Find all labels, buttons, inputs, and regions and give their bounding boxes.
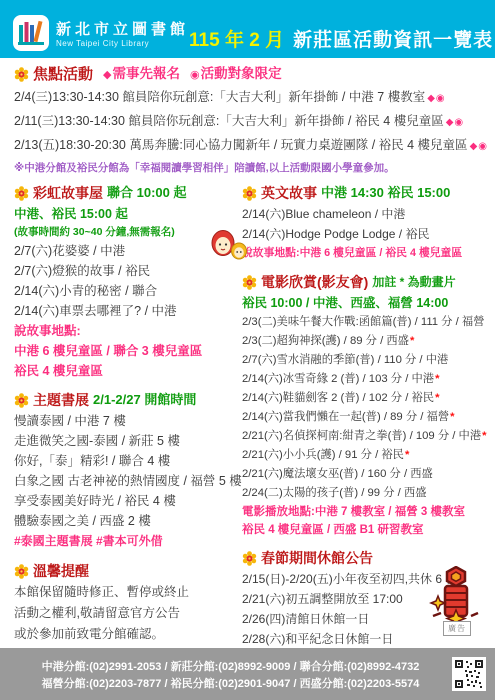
logo-subtitle: New Taipei City Library	[56, 39, 189, 48]
reminder-row: 或於參加前致電分館確認。	[14, 624, 242, 645]
flower-icon	[14, 393, 29, 408]
section-english-story: 英文故事 中港 14:30 裕民 15:00 2/14(六)Blue chame…	[242, 182, 483, 263]
animation-star-icon: *	[405, 449, 409, 461]
movie-text: 2/14(六)鞋貓劍客 2 (普) / 102 分 / 裕民	[242, 392, 434, 404]
movie-row: 2/7(六)雪水消融的季節(普) / 110 分 / 中港	[242, 351, 483, 370]
movie-row: 2/14(六)鞋貓劍客 2 (普) / 102 分 / 裕民*	[242, 389, 483, 408]
animation-star-icon: *	[410, 335, 414, 347]
book-expo-row: 你好,「泰」精彩! / 聯合 4 樓	[14, 451, 242, 471]
section-book-expo: 主題書展 2/1-2/27 開館時間 慢讀泰國 / 中港 7 樓走進微笑之國-泰…	[14, 389, 242, 552]
focus-activity-row: 2/4(三)13:30-14:30 館員陪你玩創意:「大吉大利」新年掛飾 / 中…	[14, 86, 483, 110]
story-location-list: 中港 6 樓兒童區 / 聯合 3 樓兒童區裕民 4 樓兒童區	[14, 341, 242, 381]
movie-text: 2/3(二)美味午餐大作戰:函館篇(普) / 111 分 / 福營	[242, 316, 485, 328]
movie-row: 2/21(六)魔法壞女巫(普) / 160 分 / 西盛	[242, 465, 483, 484]
section-reminder: 溫馨提醒 本館保留隨時修正、暫停或終止活動之權利,敬請留意官方公告或於參加前致電…	[14, 560, 242, 645]
book-expo-row: 享受泰國美好時光 / 裕民 4 樓	[14, 491, 242, 511]
movie-row: 2/14(六)冰雪奇緣 2 (普) / 103 分 / 中港*	[242, 370, 483, 389]
register-icon: ◆	[103, 69, 111, 81]
left-column: 彩虹故事屋 聯合 10:00 起 中港、裕民 15:00 起 (故事時間約 30…	[14, 182, 242, 648]
qr-code-icon	[452, 657, 486, 691]
movie-list: 2/3(二)美味午餐大作戰:函館篇(普) / 111 分 / 福營 2/3(二)…	[242, 313, 483, 503]
rainbow-time-1: 聯合 10:00 起	[107, 182, 186, 204]
logo-title: 新北市立圖書館	[56, 18, 189, 39]
animation-star-icon: *	[435, 373, 439, 385]
english-story-list: 2/14(六)Blue chameleon / 中港2/14(六)Hodge P…	[242, 204, 483, 244]
story-location-row: 中港 6 樓兒童區 / 聯合 3 樓兒童區	[14, 341, 242, 361]
story-row: 2/14(六)車票去哪裡了? / 中港	[14, 301, 242, 321]
movie-row: 2/14(六)當我們懶在一起(普) / 89 分 / 福營*	[242, 408, 483, 427]
library-logo-icon	[12, 14, 50, 52]
english-story-row: 2/14(六)Hodge Podge Lodge / 裕民	[242, 224, 483, 244]
rainbow-time-2: 中港、裕民 15:00 起	[14, 204, 242, 224]
page-title-text: 新莊區活動資訊一覽表	[293, 30, 493, 51]
register-restricted-icons: ◆◉	[470, 141, 488, 152]
footer-band: 中港分館:(02)2991-2053 / 新莊分館:(02)8992-9009 …	[0, 648, 495, 700]
legend-restricted: ◉活動對象限定	[190, 63, 282, 86]
book-expo-row: 體驗泰國之美 / 西盛 2 樓	[14, 511, 242, 531]
focus-activity-text: 2/4(三)13:30-14:30 館員陪你玩創意:「大吉大利」新年掛飾 / 中…	[14, 90, 425, 104]
book-expo-row: 慢讀泰國 / 中港 7 樓	[14, 411, 242, 431]
footer-phones-line1: 中港分館:(02)2991-2053 / 新莊分館:(02)8992-9009 …	[42, 658, 420, 674]
flower-icon	[242, 186, 257, 201]
header-band: 新北市立圖書館 New Taipei City Library 115 年 2 …	[0, 0, 495, 58]
section-title: 焦點活動	[33, 64, 93, 86]
section-rainbow-story: 彩虹故事屋 聯合 10:00 起 中港、裕民 15:00 起 (故事時間約 30…	[14, 182, 242, 381]
section-title: 主題書展	[33, 389, 89, 411]
movie-row: 2/21(六)名偵探柯南:紺青之拳(普) / 109 分 / 中港*	[242, 427, 483, 446]
focus-activity-text: 2/11(三)13:30-14:30 館員陪你玩創意:「大吉大利」新年掛飾 / …	[14, 114, 444, 128]
focus-activity-list: 2/4(三)13:30-14:30 館員陪你玩創意:「大吉大利」新年掛飾 / 中…	[14, 86, 483, 158]
movie-row: 2/3(二)超狗神探(護) / 89 分 / 西盛*	[242, 332, 483, 351]
section-focus-activities: 焦點活動 ◆需事先報名 ◉活動對象限定 2/4(三)13:30-14:30 館員…	[14, 63, 483, 176]
book-expo-tags: #泰國主題書展 #書本可外借	[14, 531, 242, 552]
movie-row: 2/21(六)小小兵(護) / 91 分 / 裕民*	[242, 446, 483, 465]
story-row: 2/7(六)燈猴的故事 / 裕民	[14, 261, 242, 281]
flower-icon	[14, 67, 29, 82]
reminder-row: 本館保留隨時修正、暫停或終止	[14, 582, 242, 603]
movie-text: 2/14(六)冰雪奇緣 2 (普) / 103 分 / 中港	[242, 373, 434, 385]
section-title: 溫馨提醒	[33, 560, 89, 582]
movie-text: 2/14(六)當我們懶在一起(普) / 89 分 / 福營	[242, 411, 449, 423]
focus-activity-row: 2/11(三)13:30-14:30 館員陪你玩創意:「大吉大利」新年掛飾 / …	[14, 110, 483, 134]
rainbow-note: (故事時間約 30~40 分鐘,無需報名)	[14, 224, 242, 241]
movie-location-row: 電影播放地點:中港 7 樓教室 / 福營 3 樓教室	[242, 503, 483, 521]
book-expo-time: 2/1-2/27 開館時間	[93, 389, 196, 411]
animation-star-icon: *	[435, 392, 439, 404]
register-restricted-icons: ◆◉	[446, 117, 464, 128]
movie-location-row: 裕民 4 樓兒童區 / 西盛 B1 研習教室	[242, 521, 483, 539]
english-story-time: 中港 14:30 裕民 15:00	[321, 182, 450, 204]
movies-time: 裕民 10:00 / 中港、西盛、福營 14:00	[242, 293, 483, 313]
content-area: 焦點活動 ◆需事先報名 ◉活動對象限定 2/4(三)13:30-14:30 館員…	[0, 58, 495, 648]
movie-row: 2/3(二)美味午餐大作戰:函館篇(普) / 111 分 / 福營	[242, 313, 483, 332]
footer-phones-line2: 福營分館:(02)2203-7877 / 裕民分館:(02)2901-9047 …	[42, 675, 420, 691]
movie-text: 2/21(六)魔法壞女巫(普) / 160 分 / 西盛	[242, 468, 433, 480]
section-movies: 電影欣賞(影友會) 加註 * 為動畫片 裕民 10:00 / 中港、西盛、福營 …	[242, 271, 483, 539]
flower-icon	[14, 186, 29, 201]
page-title-month: 115 年 2 月	[189, 30, 284, 51]
section-title: 電影欣賞(影友會)	[261, 271, 368, 293]
animation-star-icon: *	[482, 430, 486, 442]
english-story-location: 說故事地點:中港 6 樓兒童區 / 裕民 4 樓兒童區	[242, 244, 483, 263]
firecracker-icon	[429, 566, 481, 626]
legend-register: ◆需事先報名	[103, 63, 180, 86]
flyer-page: 新北市立圖書館 New Taipei City Library 115 年 2 …	[0, 0, 495, 700]
daruma-dolls-icon	[210, 228, 248, 260]
focus-note: ※中港分館及裕民分館為「幸福閱讀學習相伴」陪讀館,以上活動限國小學童參加。	[14, 160, 483, 176]
movie-text: 2/7(六)雪水消融的季節(普) / 110 分 / 中港	[242, 354, 448, 366]
movies-note: 加註 * 為動畫片	[372, 271, 455, 293]
book-expo-list: 慢讀泰國 / 中港 7 樓走進微笑之國-泰國 / 新莊 5 樓你好,「泰」精彩!…	[14, 411, 242, 531]
section-title: 彩虹故事屋	[33, 182, 103, 204]
flower-icon	[242, 275, 257, 290]
book-expo-row: 走進微笑之國-泰國 / 新莊 5 樓	[14, 431, 242, 451]
book-expo-row: 白象之國 古老神祕的熱情國度 / 福營 5 樓	[14, 471, 242, 491]
reminder-lines: 本館保留隨時修正、暫停或終止活動之權利,敬請留意官方公告或於參加前致電分館確認。	[14, 582, 242, 645]
section-title: 春節期間休館公告	[261, 547, 373, 569]
legend-restricted-label: 活動對象限定	[201, 66, 282, 81]
restricted-icon: ◉	[190, 69, 200, 81]
story-location-label: 說故事地點:	[14, 321, 242, 341]
legend-register-label: 需事先報名	[112, 66, 180, 81]
movie-location-list: 電影播放地點:中港 7 樓教室 / 福營 3 樓教室裕民 4 樓兒童區 / 西盛…	[242, 503, 483, 539]
movie-text: 2/24(二)太陽的孩子(普) / 99 分 / 西盛	[242, 487, 427, 499]
reminder-row: 活動之權利,敬請留意官方公告	[14, 603, 242, 624]
page-title: 115 年 2 月新莊區活動資訊一覽表	[189, 25, 493, 52]
story-row: 2/14(六)小青的秘密 / 聯合	[14, 281, 242, 301]
story-location-row: 裕民 4 樓兒童區	[14, 361, 242, 381]
two-column-area: 彩虹故事屋 聯合 10:00 起 中港、裕民 15:00 起 (故事時間約 30…	[14, 182, 483, 648]
focus-activity-text: 2/13(五)18:30-20:30 萬馬奔騰:同心協力闖新年 / 玩實力桌遊團…	[14, 138, 468, 152]
register-restricted-icons: ◆◉	[427, 93, 445, 104]
rainbow-story-list: 2/7(六)花婆婆 / 中港2/7(六)燈猴的故事 / 裕民2/14(六)小青的…	[14, 241, 242, 321]
library-logo: 新北市立圖書館 New Taipei City Library	[12, 14, 189, 52]
animation-star-icon: *	[450, 411, 454, 423]
story-row: 2/7(六)花婆婆 / 中港	[14, 241, 242, 261]
ad-label: 廣告	[443, 621, 471, 636]
english-story-row: 2/14(六)Blue chameleon / 中港	[242, 204, 483, 224]
section-title: 英文故事	[261, 182, 317, 204]
focus-activity-row: 2/13(五)18:30-20:30 萬馬奔騰:同心協力闖新年 / 玩實力桌遊團…	[14, 134, 483, 158]
movie-text: 2/21(六)名偵探柯南:紺青之拳(普) / 109 分 / 中港	[242, 430, 481, 442]
flower-icon	[242, 551, 257, 566]
movie-text: 2/21(六)小小兵(護) / 91 分 / 裕民	[242, 449, 404, 461]
movie-row: 2/24(二)太陽的孩子(普) / 99 分 / 西盛	[242, 484, 483, 503]
flower-icon	[14, 564, 29, 579]
movie-text: 2/3(二)超狗神探(護) / 89 分 / 西盛	[242, 335, 409, 347]
